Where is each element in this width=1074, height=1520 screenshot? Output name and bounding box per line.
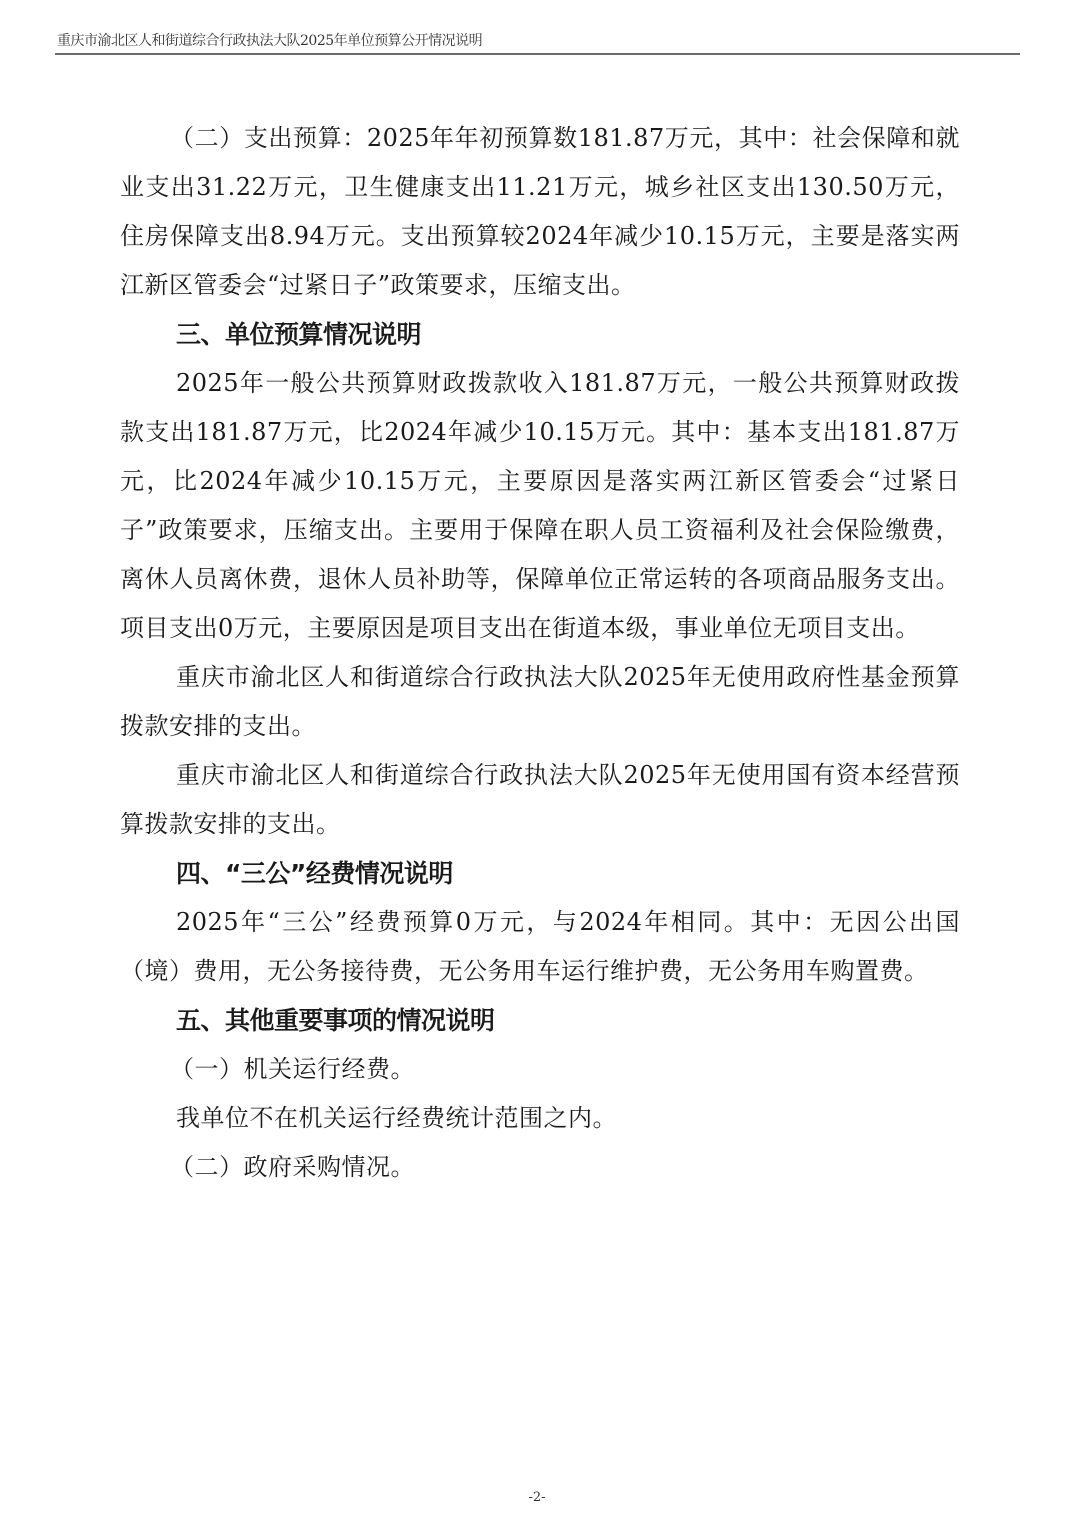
expenditure-budget-paragraph: （二）支出预算：2025年年初预算数181.87万元，其中：社会保障和就业支出3… — [120, 114, 960, 310]
section-3-heading: 三、单位预算情况说明 — [120, 310, 960, 359]
document-body: （二）支出预算：2025年年初预算数181.87万元，其中：社会保障和就业支出3… — [120, 114, 960, 1192]
section-5-subheading-2: （二）政府采购情况。 — [120, 1143, 960, 1192]
running-header: 重庆市渝北区人和街道综合行政执法大队2025年单位预算公开情况说明 — [57, 30, 482, 50]
header-divider — [55, 53, 1020, 55]
section-3-paragraph-1: 2025年一般公共预算财政拨款收入181.87万元，一般公共预算财政拨款支出18… — [120, 359, 960, 653]
section-4-heading: 四、“三公”经费情况说明 — [120, 849, 960, 898]
section-5-heading: 五、其他重要事项的情况说明 — [120, 996, 960, 1045]
section-5-sub1-text: 我单位不在机关运行经费统计范围之内。 — [120, 1094, 960, 1143]
page-number: -2- — [0, 1490, 1074, 1505]
section-3-paragraph-3: 重庆市渝北区人和街道综合行政执法大队2025年无使用国有资本经营预算拨款安排的支… — [120, 751, 960, 849]
section-5-subheading-1: （一）机关运行经费。 — [120, 1045, 960, 1094]
section-4-paragraph-1: 2025年“三公”经费预算0万元，与2024年相同。其中：无因公出国（境）费用，… — [120, 898, 960, 996]
section-3-paragraph-2: 重庆市渝北区人和街道综合行政执法大队2025年无使用政府性基金预算拨款安排的支出… — [120, 653, 960, 751]
